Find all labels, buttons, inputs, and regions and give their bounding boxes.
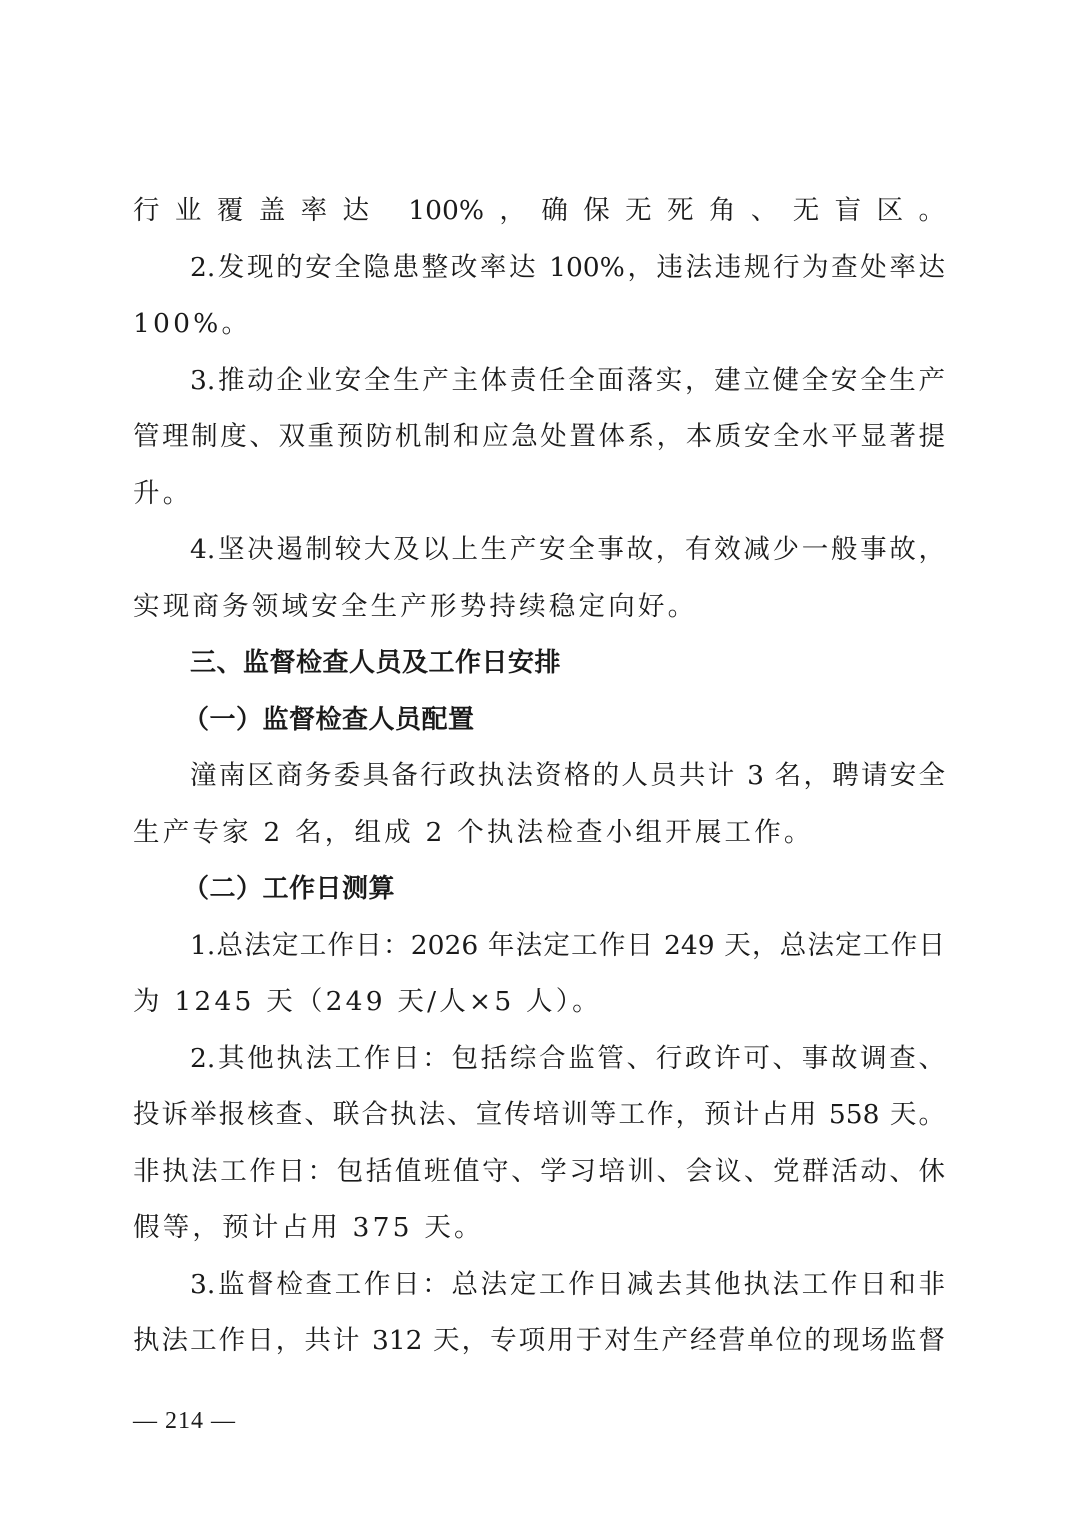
paragraph-line-workday-1: 1.总法定工作日：2026 年法定工作日 249 天，总法定工作日	[133, 918, 945, 975]
document-page: 行业覆盖率达 100%，确保无死角、无盲区。 2.发现的安全隐患整改率达 100…	[133, 183, 945, 1370]
paragraph-line-staffing: 潼南区商务委具备行政执法资格的人员共计 3 名，聘请安全	[133, 748, 945, 805]
paragraph-line-workday-2: 2.其他执法工作日：包括综合监管、行政许可、事故调查、	[133, 1031, 945, 1088]
paragraph-line-item-3: 3.推动企业安全生产主体责任全面落实，建立健全安全生产	[133, 353, 945, 410]
paragraph-line-item-4: 4.坚决遏制较大及以上生产安全事故，有效减少一般事故，	[133, 522, 945, 579]
paragraph-line: 生产专家 2 名，组成 2 个执法检查小组开展工作。	[133, 805, 945, 862]
paragraph-line: 非执法工作日：包括值班值守、学习培训、会议、党群活动、休	[133, 1144, 945, 1201]
subsection-heading-staffing: （一）监督检查人员配置	[133, 692, 945, 749]
subsection-heading-workdays: （二）工作日测算	[133, 861, 945, 918]
paragraph-line: 行业覆盖率达 100%，确保无死角、无盲区。	[133, 183, 945, 240]
section-heading: 三、监督检查人员及工作日安排	[133, 635, 945, 692]
paragraph-line: 投诉举报核查、联合执法、宣传培训等工作，预计占用 558 天。	[133, 1087, 945, 1144]
paragraph-line: 升。	[133, 466, 945, 523]
paragraph-line: 100%。	[133, 296, 945, 353]
page-number: — 214 —	[133, 1408, 236, 1435]
paragraph-line: 实现商务领域安全生产形势持续稳定向好。	[133, 579, 945, 636]
paragraph-line-workday-3: 3.监督检查工作日：总法定工作日减去其他执法工作日和非	[133, 1257, 945, 1314]
paragraph-line: 执法工作日，共计 312 天，专项用于对生产经营单位的现场监督	[133, 1313, 945, 1370]
paragraph-line: 为 1245 天（249 天/人×5 人）。	[133, 974, 945, 1031]
paragraph-line: 管理制度、双重预防机制和应急处置体系，本质安全水平显著提	[133, 409, 945, 466]
paragraph-line-item-2: 2.发现的安全隐患整改率达 100%，违法违规行为查处率达	[133, 240, 945, 297]
paragraph-line: 假等，预计占用 375 天。	[133, 1200, 945, 1257]
